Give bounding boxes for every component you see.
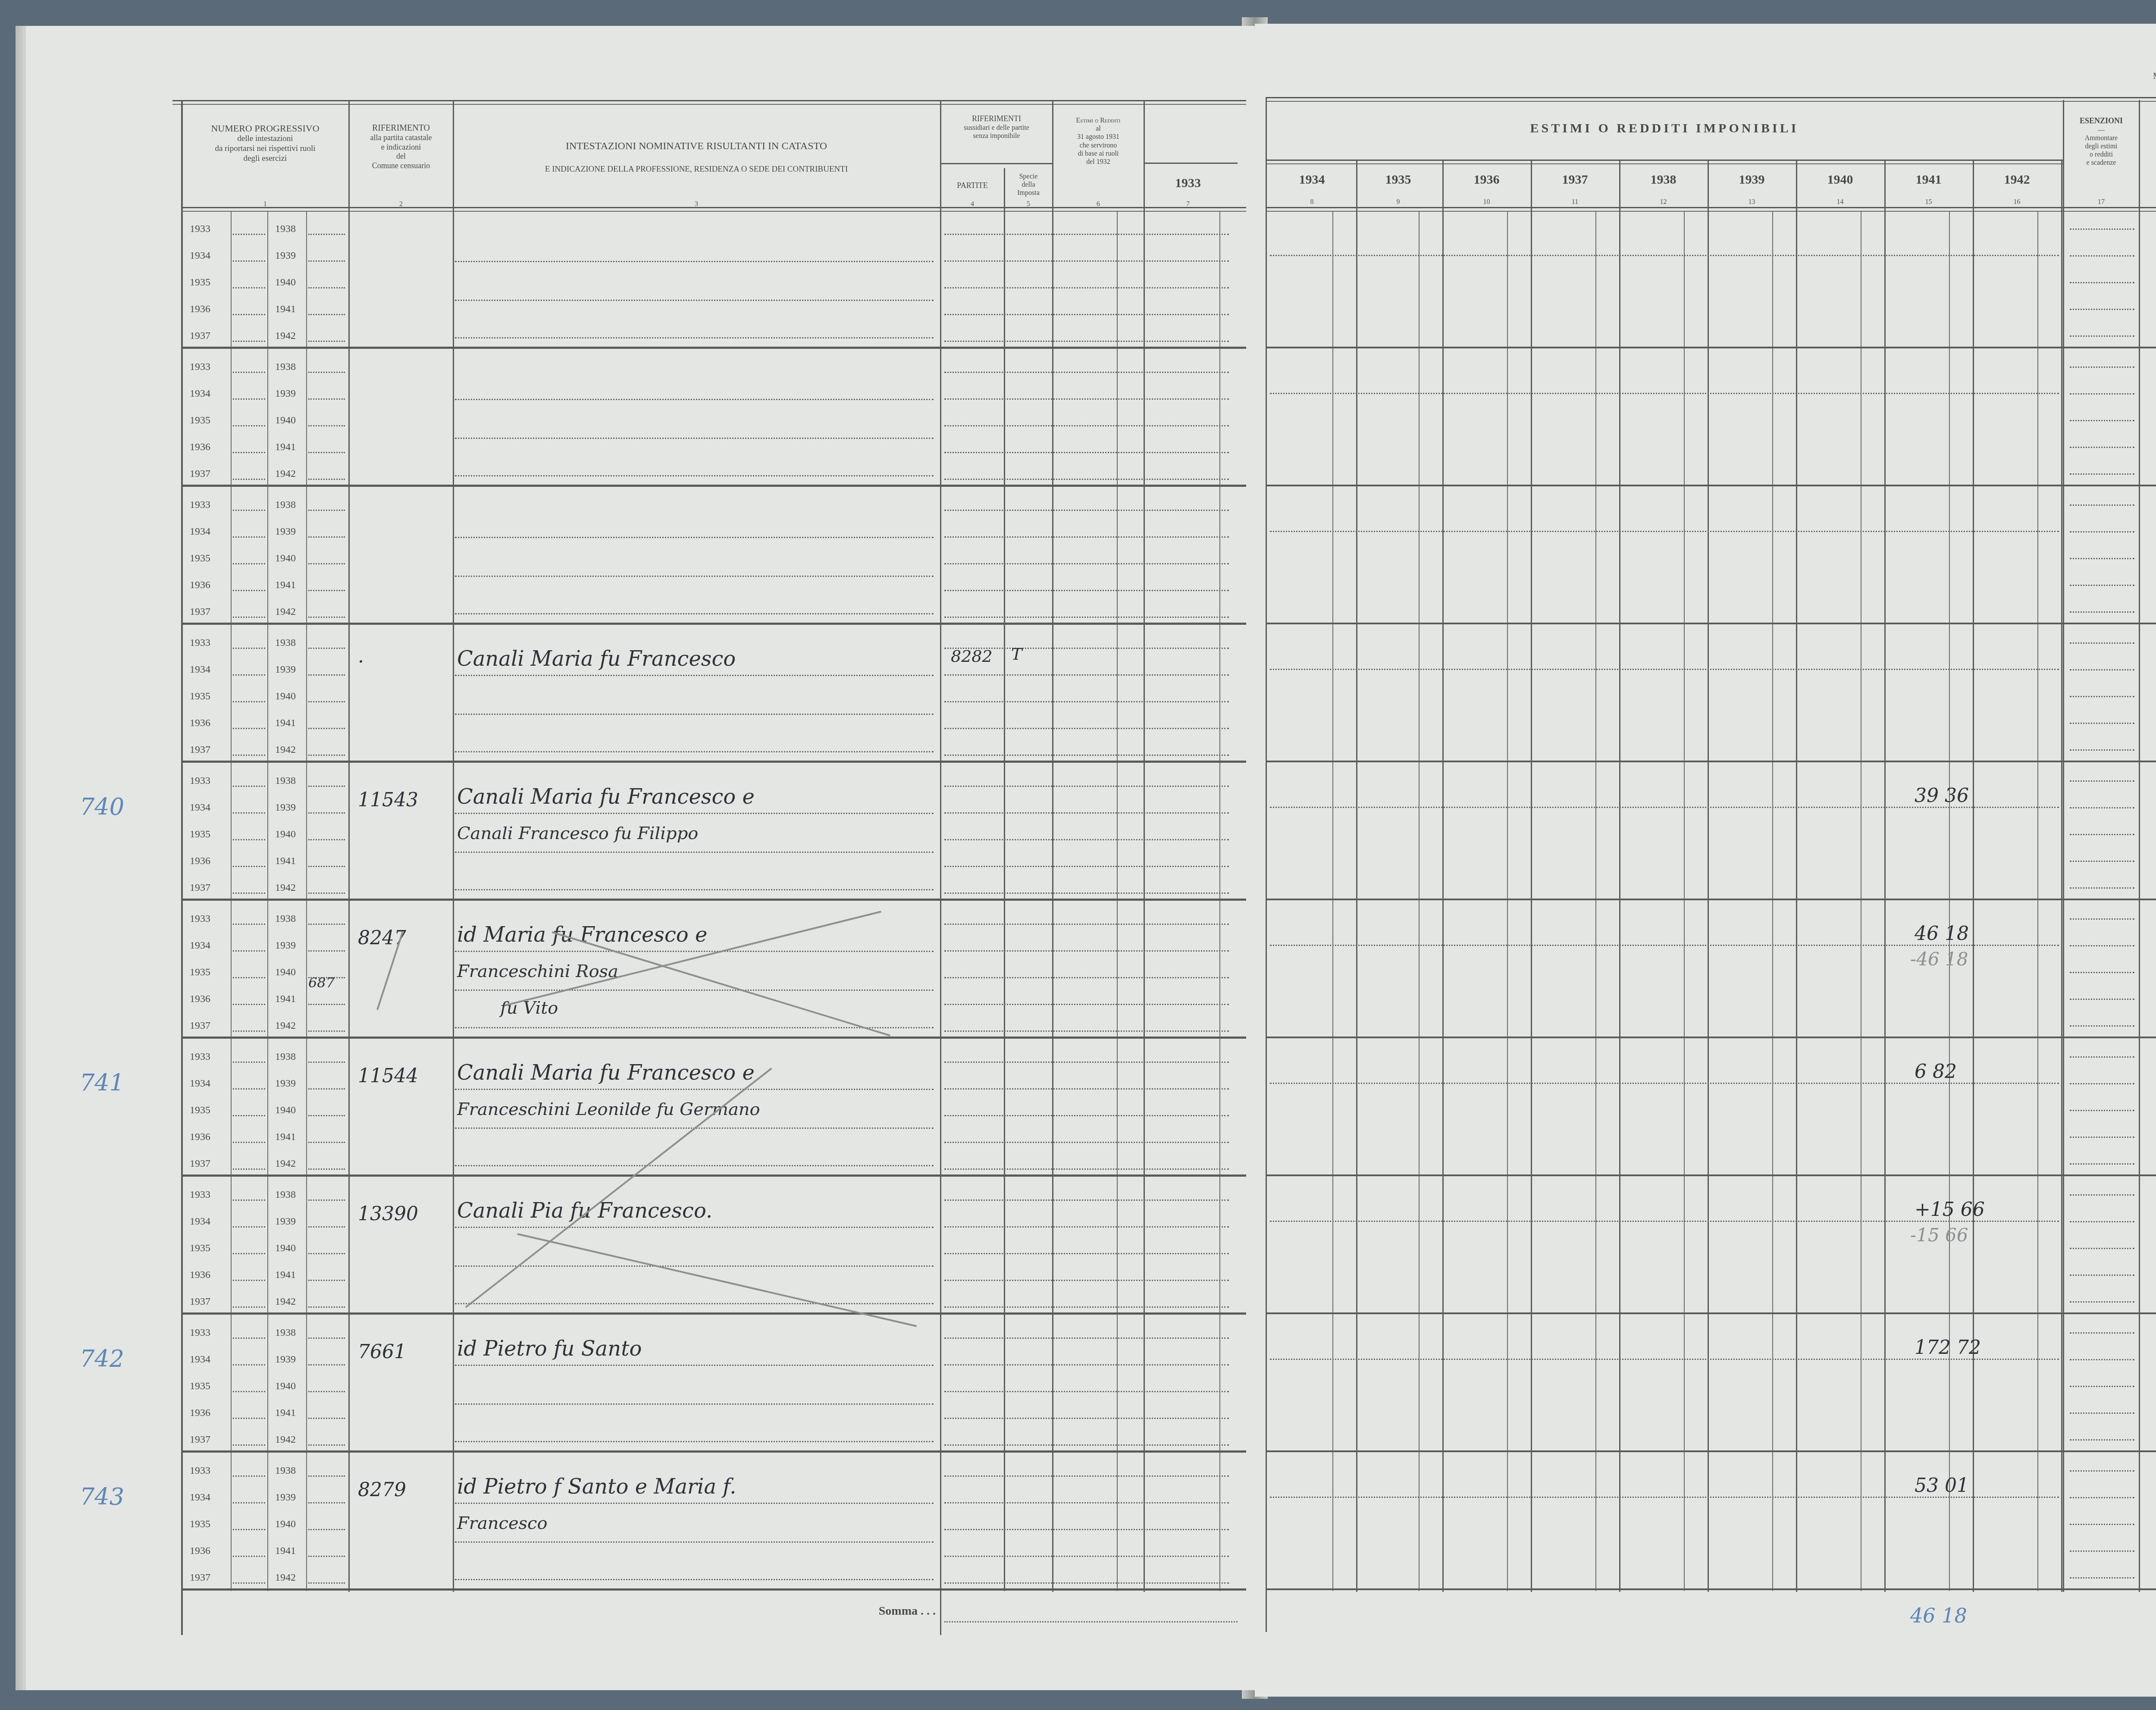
block-separator bbox=[181, 1312, 1246, 1315]
esenzioni-dotted-line bbox=[2070, 558, 2134, 559]
year-label: 1936 bbox=[190, 717, 210, 729]
dotted-line bbox=[233, 536, 265, 538]
column-number: 3 bbox=[455, 200, 938, 208]
dotted-line bbox=[308, 287, 345, 288]
esenzioni-dotted-line bbox=[2070, 807, 2134, 808]
year-label: 1933 bbox=[190, 913, 210, 925]
dotted-line bbox=[233, 977, 265, 978]
column-number: 15 bbox=[1884, 198, 1973, 206]
estimo-1941-correction: -15 66 bbox=[1910, 1225, 1968, 1246]
year-label: 1933 bbox=[190, 223, 210, 235]
dotted-line bbox=[233, 1062, 265, 1063]
dotted-line bbox=[308, 314, 345, 315]
estimi-group-title: ESTIMI O REDDITI IMPONIBILI bbox=[1268, 121, 2061, 136]
year-label: 1937 bbox=[190, 330, 210, 342]
header-riferimento: RIFERIMENTO alla partita catastale e ind… bbox=[350, 123, 452, 170]
dotted-line bbox=[308, 950, 345, 952]
dotted-line bbox=[944, 839, 1229, 840]
year-label: 1937 bbox=[190, 1296, 210, 1308]
dotted-line bbox=[944, 1168, 1229, 1170]
dotted-line bbox=[233, 1582, 265, 1584]
column-number: 6 bbox=[1053, 200, 1143, 208]
esenzioni-dotted-line bbox=[2070, 1083, 2134, 1084]
col-sep-thin bbox=[306, 211, 307, 1591]
esenzioni-dotted-line bbox=[2070, 887, 2134, 889]
year-label: 1938 bbox=[275, 913, 296, 925]
year-label: 1938 bbox=[275, 775, 296, 787]
partita-catastale: 11543 bbox=[358, 789, 418, 811]
group-header-border bbox=[1266, 160, 2063, 164]
amount-line bbox=[1270, 807, 2059, 808]
year-label: 1935 bbox=[190, 415, 210, 426]
year-label: 1942 bbox=[275, 1296, 296, 1308]
dotted-line bbox=[308, 1391, 345, 1392]
dotted-line bbox=[944, 1556, 1229, 1557]
intestazione-line-3: fu Vito bbox=[500, 998, 558, 1018]
dotted-line bbox=[233, 1529, 265, 1530]
dotted-line bbox=[308, 1556, 345, 1557]
year-label: 1935 bbox=[190, 1381, 210, 1392]
dotted-line bbox=[944, 1529, 1229, 1530]
col-sep-thin bbox=[1419, 211, 1420, 1591]
year-label: 1933 bbox=[190, 499, 210, 511]
esenzioni-dotted-line bbox=[2070, 473, 2134, 475]
year-label: 1936 bbox=[190, 1545, 210, 1557]
dotted-line bbox=[944, 755, 1229, 756]
header-year-1935: 1935 bbox=[1354, 172, 1442, 187]
block-separator bbox=[181, 1450, 1246, 1453]
amount-line bbox=[1270, 1083, 2059, 1084]
name-line bbox=[455, 990, 934, 991]
dotted-line bbox=[308, 1088, 345, 1090]
year-label: 1935 bbox=[190, 691, 210, 702]
header-year-1939: 1939 bbox=[1708, 172, 1796, 187]
amount-line bbox=[1270, 531, 2059, 532]
column-number: 16 bbox=[1973, 198, 2061, 206]
year-label: 1940 bbox=[275, 415, 296, 426]
block-separator bbox=[181, 899, 1246, 901]
col-sep bbox=[1619, 160, 1620, 1592]
dotted-line bbox=[944, 510, 1229, 511]
dotted-line bbox=[308, 893, 345, 894]
dotted-line bbox=[233, 1337, 265, 1339]
column-number: 4 bbox=[941, 200, 1004, 208]
col-sep-thin bbox=[1507, 211, 1508, 1591]
name-line bbox=[455, 261, 934, 262]
header-line: degli estimi bbox=[2065, 142, 2138, 150]
header-year-1938: 1938 bbox=[1619, 172, 1708, 187]
esenzioni-dotted-line bbox=[2070, 309, 2134, 310]
dotted-line bbox=[233, 1142, 265, 1143]
column-number: 8 bbox=[1268, 198, 1356, 206]
col-sep bbox=[1144, 100, 1145, 1592]
esenzioni-dotted-line bbox=[2070, 1550, 2134, 1552]
name-line bbox=[455, 613, 934, 614]
intestazione-line-1: Canali Maria fu Francesco e bbox=[457, 1061, 755, 1085]
dotted-line bbox=[308, 1502, 345, 1503]
dotted-line bbox=[944, 1391, 1229, 1392]
col-sep bbox=[1884, 160, 1886, 1592]
esenzioni-dotted-line bbox=[2070, 1025, 2134, 1027]
esenzioni-dotted-line bbox=[2070, 420, 2134, 421]
dotted-line bbox=[308, 1364, 345, 1365]
header-sub-border bbox=[1145, 163, 1238, 164]
block-separator bbox=[181, 1037, 1246, 1039]
dotted-line bbox=[308, 648, 345, 649]
name-line bbox=[455, 889, 934, 890]
year-label: 1933 bbox=[190, 1465, 210, 1477]
partita-catastale: 7661 bbox=[358, 1341, 406, 1363]
dotted-line bbox=[944, 866, 1229, 867]
esenzioni-dotted-line bbox=[2070, 1332, 2134, 1334]
header-year-1937: 1937 bbox=[1531, 172, 1619, 187]
dotted-line bbox=[233, 1115, 265, 1116]
name-line bbox=[455, 1265, 934, 1267]
header-partite: PARTITE bbox=[941, 181, 1004, 191]
header-line: Comune censuario bbox=[350, 161, 452, 171]
year-label: 1940 bbox=[275, 553, 296, 564]
name-line bbox=[455, 1503, 934, 1504]
dotted-line bbox=[308, 786, 345, 787]
header-line: senza imponibile bbox=[941, 132, 1052, 140]
header-riferimenti: RIFERIMENTI sussidiari e delle partite s… bbox=[941, 114, 1052, 140]
esenzioni-dotted-line bbox=[2070, 393, 2134, 395]
dotted-line bbox=[233, 479, 265, 480]
intestazione-line-1: Canali Maria fu Francesco bbox=[457, 647, 736, 671]
esenzioni-dotted-line bbox=[2070, 447, 2134, 448]
dotted-line bbox=[233, 1502, 265, 1503]
esenzioni-dotted-line bbox=[2070, 723, 2134, 724]
esenzioni-dotted-line bbox=[2070, 1439, 2134, 1441]
estimo-1941: 53 01 bbox=[1915, 1475, 1969, 1497]
col-sep-thin bbox=[1861, 211, 1861, 1591]
year-label: 1938 bbox=[275, 499, 296, 511]
amount-line bbox=[1270, 945, 2059, 946]
dotted-line bbox=[944, 1337, 1229, 1339]
esenzioni-dotted-line bbox=[2070, 282, 2134, 283]
col-sep-thin bbox=[1684, 211, 1685, 1591]
esenzioni-dotted-line bbox=[2070, 1110, 2134, 1111]
esenzioni-dotted-line bbox=[2070, 669, 2134, 670]
esenzioni-dotted-line bbox=[2070, 1163, 2134, 1165]
year-label: 1942 bbox=[275, 1572, 296, 1584]
dotted-line bbox=[944, 1502, 1229, 1503]
intestazione-line-1: Canali Pia fu Francesco. bbox=[457, 1199, 712, 1223]
year-label: 1936 bbox=[190, 304, 210, 315]
year-label: 1935 bbox=[190, 553, 210, 564]
block-separator bbox=[181, 485, 1246, 487]
col-sep bbox=[1531, 160, 1532, 1592]
dotted-line bbox=[308, 839, 345, 840]
dotted-line bbox=[308, 1030, 345, 1032]
year-label: 1939 bbox=[275, 388, 296, 400]
dotted-line bbox=[944, 701, 1229, 702]
header-sub-border bbox=[941, 163, 1052, 164]
col-sep-thin bbox=[1595, 211, 1596, 1591]
column-number: 18 bbox=[2141, 198, 2156, 206]
header-line: da riportarsi nei rispettivi ruoli bbox=[183, 144, 347, 154]
name-line bbox=[455, 951, 934, 952]
block-separator bbox=[1266, 485, 2156, 486]
col-sep-thin bbox=[1219, 211, 1220, 1591]
intestazione-line-2: Francesco bbox=[457, 1513, 548, 1533]
name-line bbox=[455, 475, 934, 476]
year-label: 1938 bbox=[275, 1465, 296, 1477]
year-label: 1941 bbox=[275, 717, 296, 729]
dotted-line bbox=[233, 260, 265, 262]
col-sep-thin bbox=[1772, 211, 1773, 1591]
dotted-line bbox=[233, 1253, 265, 1254]
dotted-line bbox=[944, 893, 1229, 894]
esenzioni-dotted-line bbox=[2070, 1194, 2134, 1196]
year-label: 1939 bbox=[275, 526, 296, 538]
dotted-line bbox=[944, 536, 1229, 538]
year-label: 1942 bbox=[275, 882, 296, 894]
esenzioni-dotted-line bbox=[2070, 861, 2134, 862]
year-label: 1936 bbox=[190, 579, 210, 591]
name-line bbox=[455, 1365, 934, 1366]
dotted-line bbox=[944, 1142, 1229, 1143]
year-label: 1940 bbox=[275, 1105, 296, 1116]
dotted-line bbox=[944, 1030, 1229, 1032]
year-label: 1942 bbox=[275, 606, 296, 618]
year-label: 1937 bbox=[190, 1572, 210, 1584]
year-label: 1937 bbox=[190, 744, 210, 756]
block-separator bbox=[1266, 1037, 2156, 1038]
year-label: 1937 bbox=[190, 1020, 210, 1032]
dotted-line bbox=[233, 728, 265, 729]
name-line bbox=[455, 537, 934, 538]
table-left-border bbox=[1266, 97, 1267, 1632]
year-label: 1941 bbox=[275, 304, 296, 315]
dotted-line bbox=[308, 674, 345, 676]
year-label: 1934 bbox=[190, 1354, 210, 1365]
amount-line bbox=[1270, 1221, 2059, 1222]
year-label: 1940 bbox=[275, 691, 296, 702]
col-sep bbox=[348, 100, 350, 1592]
col-sep bbox=[1356, 160, 1357, 1592]
name-line bbox=[455, 1227, 934, 1228]
col-sep bbox=[1708, 160, 1709, 1592]
progressive-number: 741 bbox=[80, 1069, 124, 1096]
dotted-line bbox=[944, 1088, 1229, 1090]
year-label: 1941 bbox=[275, 1269, 296, 1281]
year-label: 1942 bbox=[275, 744, 296, 756]
dotted-line bbox=[308, 866, 345, 867]
dotted-line bbox=[233, 425, 265, 426]
block-separator bbox=[181, 761, 1246, 763]
header-line: e indicazioni bbox=[350, 143, 452, 152]
header-year-1936: 1936 bbox=[1442, 172, 1531, 187]
partita-catastale: 13390 bbox=[358, 1203, 418, 1225]
year-label: 1935 bbox=[190, 967, 210, 978]
progressive-number: 743 bbox=[80, 1483, 124, 1510]
header-title: INTESTAZIONI NOMINATIVE RISULTANTI IN CA… bbox=[455, 140, 938, 153]
estimo-1941: +15 66 bbox=[1915, 1199, 1985, 1221]
dotted-line bbox=[233, 674, 265, 676]
year-label: 1936 bbox=[190, 442, 210, 453]
dotted-line bbox=[233, 563, 265, 564]
year-label: 1934 bbox=[190, 526, 210, 538]
year-label: 1937 bbox=[190, 1434, 210, 1446]
col-sep-thin bbox=[1117, 211, 1118, 1591]
name-line bbox=[455, 751, 934, 752]
year-label: 1942 bbox=[275, 330, 296, 342]
year-label: 1938 bbox=[275, 1051, 296, 1063]
esenzioni-dotted-line bbox=[2070, 780, 2134, 782]
year-label: 1933 bbox=[190, 637, 210, 649]
esenzioni-dotted-line bbox=[2070, 1470, 2134, 1472]
esenzioni-dotted-line bbox=[2070, 229, 2134, 230]
dotted-line bbox=[944, 728, 1229, 729]
esenzioni-dotted-line bbox=[2070, 1386, 2134, 1387]
header-title: ESENZIONI bbox=[2065, 116, 2138, 126]
col-sep-thin bbox=[2037, 211, 2038, 1591]
dotted-line bbox=[944, 1364, 1229, 1365]
name-line bbox=[455, 337, 934, 338]
header-esenzioni: ESENZIONI — Ammontare degli estimi o red… bbox=[2065, 116, 2138, 167]
dotted-line bbox=[308, 510, 345, 511]
year-label: 1942 bbox=[275, 1158, 296, 1170]
header-line: o redditi bbox=[2065, 150, 2138, 159]
header-estimi-1931: Estimi o Redditi al 31 agosto 1931 che s… bbox=[1053, 116, 1143, 166]
dotted-line bbox=[233, 1364, 265, 1365]
dotted-line bbox=[233, 924, 265, 925]
dotted-line bbox=[308, 372, 345, 373]
col-sep-thin bbox=[1949, 211, 1950, 1591]
esenzioni-dotted-line bbox=[2070, 504, 2134, 506]
dotted-line bbox=[308, 1226, 345, 1228]
header-line: al bbox=[1053, 125, 1143, 133]
esenzioni-dotted-line bbox=[2070, 366, 2134, 368]
column-number: 7 bbox=[1145, 200, 1231, 208]
esenzioni-dotted-line bbox=[2070, 531, 2134, 532]
estimo-1941: 172 72 bbox=[1915, 1337, 1981, 1359]
header-line: Estimi o Redditi bbox=[1053, 116, 1143, 125]
dotted-line bbox=[944, 1004, 1229, 1005]
year-label: 1941 bbox=[275, 993, 296, 1005]
intestazione-line-1: id Pietro fu Santo bbox=[457, 1337, 642, 1361]
name-line bbox=[455, 300, 934, 301]
column-number: 13 bbox=[1708, 198, 1796, 206]
col-sep-thin bbox=[231, 211, 232, 1591]
estimo-1941: 6 82 bbox=[1915, 1061, 1957, 1083]
dotted-line bbox=[308, 728, 345, 729]
year-label: 1937 bbox=[190, 1158, 210, 1170]
esenzioni-dotted-line bbox=[2070, 1524, 2134, 1525]
year-label: 1940 bbox=[275, 1519, 296, 1530]
dotted-line bbox=[233, 1391, 265, 1392]
dotted-line bbox=[308, 1337, 345, 1339]
name-line bbox=[455, 852, 934, 853]
esenzioni-dotted-line bbox=[2070, 972, 2134, 973]
estimo-1941: 46 18 bbox=[1915, 923, 1969, 945]
col-sep bbox=[1442, 160, 1444, 1592]
year-label: 1936 bbox=[190, 1131, 210, 1143]
block-separator bbox=[1266, 347, 2156, 348]
header-line: del 1932 bbox=[1053, 158, 1143, 166]
header-line: di base ai ruoli bbox=[1053, 150, 1143, 158]
year-label: 1934 bbox=[190, 1216, 210, 1228]
year-label: 1938 bbox=[275, 1189, 296, 1201]
year-label: 1934 bbox=[190, 940, 210, 952]
year-label: 1940 bbox=[275, 1243, 296, 1254]
dotted-line bbox=[308, 1529, 345, 1530]
name-line bbox=[455, 1165, 934, 1166]
year-label: 1942 bbox=[275, 1020, 296, 1032]
intestazione-line-2: Franceschini Rosa bbox=[457, 961, 618, 981]
col-sep bbox=[453, 100, 454, 1592]
dotted-line bbox=[233, 234, 265, 235]
dotted-line bbox=[233, 314, 265, 315]
year-label: 1940 bbox=[275, 829, 296, 840]
year-label: 1939 bbox=[275, 1078, 296, 1090]
block-separator bbox=[1266, 1588, 2156, 1590]
esenzioni-dotted-line bbox=[2070, 999, 2134, 1000]
name-line bbox=[455, 1089, 934, 1090]
year-label: 1937 bbox=[190, 882, 210, 894]
dotted-line bbox=[308, 1062, 345, 1063]
column-number: 14 bbox=[1796, 198, 1884, 206]
dotted-line bbox=[233, 1475, 265, 1477]
esenzioni-dotted-line bbox=[2070, 255, 2134, 257]
dotted-line bbox=[233, 755, 265, 756]
dotted-line bbox=[944, 398, 1229, 400]
year-label: 1939 bbox=[275, 1216, 296, 1228]
estimo-1941: 39 36 bbox=[1915, 785, 1969, 807]
header-line: e scadenze bbox=[2065, 159, 2138, 167]
dotted-line bbox=[308, 1253, 345, 1254]
esenzioni-dotted-line bbox=[2070, 1412, 2134, 1414]
riferimento-partite: 8282 bbox=[951, 647, 993, 666]
header-line: degli esercizi bbox=[183, 154, 347, 164]
dotted-line bbox=[944, 260, 1229, 262]
dotted-line bbox=[308, 234, 345, 235]
dotted-line bbox=[233, 1556, 265, 1557]
name-line bbox=[455, 1403, 934, 1405]
partita-catastale: 11544 bbox=[358, 1065, 418, 1087]
header-line: del bbox=[350, 152, 452, 161]
header-annotazioni: ANNOTAZIONI bbox=[2141, 147, 2156, 159]
progressive-number: 740 bbox=[80, 793, 124, 821]
dotted-line bbox=[944, 314, 1229, 315]
year-label: 1938 bbox=[275, 637, 296, 649]
dotted-line bbox=[233, 648, 265, 649]
year-label: 1938 bbox=[275, 223, 296, 235]
block-separator bbox=[181, 623, 1246, 625]
year-label: 1937 bbox=[190, 606, 210, 618]
header-title: RIFERIMENTO bbox=[350, 123, 452, 133]
amount-line bbox=[1270, 255, 2059, 256]
dotted-line bbox=[944, 1306, 1229, 1308]
year-label: 1934 bbox=[190, 664, 210, 676]
year-label: 1933 bbox=[190, 775, 210, 787]
dotted-line bbox=[308, 924, 345, 925]
esenzioni-dotted-line bbox=[2070, 918, 2134, 920]
header-line: 31 agosto 1931 bbox=[1053, 133, 1143, 141]
dotted-line bbox=[944, 1280, 1229, 1281]
year-label: 1941 bbox=[275, 579, 296, 591]
dotted-line bbox=[944, 287, 1229, 288]
year-label: 1941 bbox=[275, 1545, 296, 1557]
dotted-line bbox=[233, 341, 265, 342]
year-label: 1933 bbox=[190, 1189, 210, 1201]
dotted-line bbox=[944, 1475, 1229, 1477]
dotted-line bbox=[944, 1582, 1229, 1584]
amount-line bbox=[1270, 1359, 2059, 1360]
header-year-1942: 1942 bbox=[1973, 172, 2061, 187]
year-label: 1939 bbox=[275, 1354, 296, 1365]
